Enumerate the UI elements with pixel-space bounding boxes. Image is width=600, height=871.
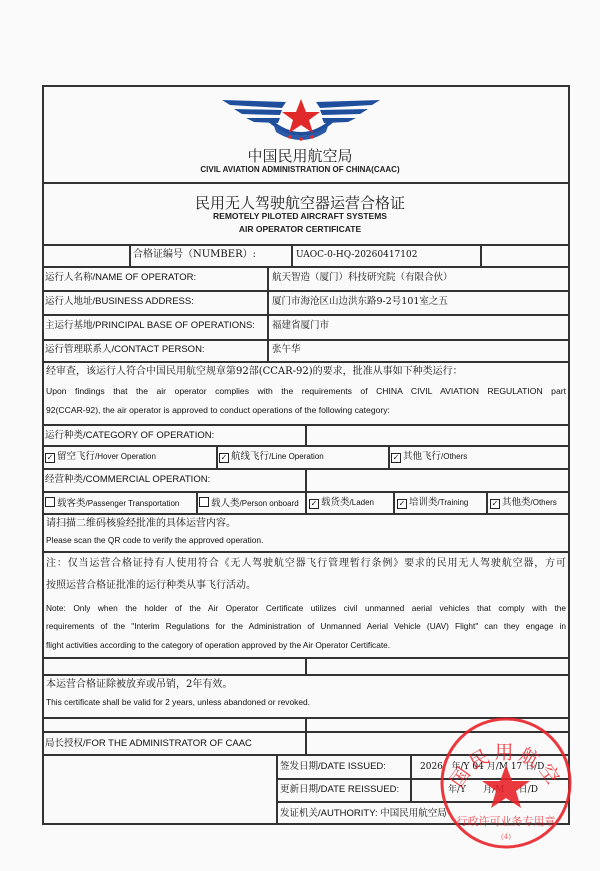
principal-base-value: 福建省厦门市 <box>272 320 329 331</box>
checkbox-checked-icon[interactable]: ✓ <box>309 499 319 509</box>
category-option-hover[interactable]: ✓留空飞行/Hover Operation <box>45 451 156 463</box>
divider <box>267 266 269 361</box>
operator-name-label: 运行人名称/NAME OF OPERATOR: <box>45 272 196 283</box>
authority-label: 发证机关/AUTHORITY: 中国民用航空局 <box>280 808 447 819</box>
administrator-label: 局长授权/FOR THE ADMINISTRATOR OF CAAC <box>45 738 252 749</box>
validity-en: This certificate shall be valid for 2 ye… <box>46 693 566 711</box>
divider <box>388 445 390 468</box>
findings-zh: 经审查，该运行人符合中国民用航空规章第92部(CCAR-92)的要求，批准从事如… <box>46 363 566 381</box>
svg-text:行政许可业务专用章: 行政许可业务专用章 <box>457 814 556 828</box>
authority-value: 中国民用航空局 <box>380 808 447 819</box>
divider <box>216 445 218 468</box>
commercial-option-others[interactable]: ✓其他类/Others <box>490 497 557 509</box>
category-option-line[interactable]: ✓航线飞行/Line Operation <box>219 451 324 463</box>
checkbox-unchecked-icon[interactable] <box>45 497 55 507</box>
checkbox-checked-icon[interactable]: ✓ <box>391 453 401 463</box>
divider <box>42 339 570 341</box>
divider <box>410 754 412 801</box>
qr-note-en: Please scan the QR code to verify the ap… <box>46 531 566 549</box>
findings-en-2: 92(CCAR-92), the air operator is approve… <box>46 401 566 419</box>
checkbox-checked-icon[interactable]: ✓ <box>490 499 500 509</box>
business-address-label: 运行人地址/BUSINESS ADDRESS: <box>45 296 194 307</box>
commercial-option-person-onboard[interactable]: 载人类/Person onboard <box>199 497 299 509</box>
divider <box>291 244 293 266</box>
operator-name-value: 航天智造（厦门）科技研究院（有限合伙） <box>272 272 453 283</box>
checkbox-checked-icon[interactable]: ✓ <box>397 499 407 509</box>
divider <box>129 244 131 266</box>
category-option-others[interactable]: ✓其他飞行/Others <box>391 451 467 463</box>
category-label: 运行种类/CATEGORY OF OPERATION: <box>45 430 214 441</box>
legal-note-zh-2: 按照运营合格证批准的运行种类从事飞行活动。 <box>46 577 566 595</box>
legal-note-en-1: Note: Only when the holder of the Air Op… <box>46 599 566 617</box>
commercial-label: 经营种类/COMMERCIAL OPERATION: <box>45 474 210 485</box>
legal-note-zh-1: 注：仅当运营合格证持有人使用符合《无人驾驶航空器飞行管理暂行条例》要求的民用无人… <box>46 555 566 573</box>
divider <box>42 445 570 447</box>
divider <box>42 314 570 316</box>
checkbox-unchecked-icon[interactable] <box>199 497 209 507</box>
business-address-value: 厦门市海沧区山边洪东路9-2号101室之五 <box>272 296 448 307</box>
divider <box>305 657 307 674</box>
contact-person-value: 张午华 <box>272 344 301 355</box>
divider <box>305 491 307 513</box>
checkbox-checked-icon[interactable]: ✓ <box>219 453 229 463</box>
principal-base-label: 主运行基地/PRINCIPAL BASE OF OPERATIONS: <box>45 320 255 331</box>
commercial-option-training[interactable]: ✓培训类/Training <box>397 497 468 509</box>
certificate-number-value: UAOC-0-HQ-20260417102 <box>296 250 417 261</box>
divider <box>42 290 570 292</box>
divider <box>305 717 307 754</box>
legal-note-en-2: requirements of the "Interim Regulations… <box>46 617 566 635</box>
divider <box>486 491 488 513</box>
divider <box>42 182 570 184</box>
contact-person-label: 运行管理联系人/CONTACT PERSON: <box>45 344 205 355</box>
divider <box>196 491 198 513</box>
divider <box>276 754 278 825</box>
divider <box>42 244 570 246</box>
date-issued-label: 签发日期/DATE ISSUED: <box>280 761 386 772</box>
certificate-number-label: 合格证编号（NUMBER）: <box>133 249 256 261</box>
commercial-option-laden[interactable]: ✓载货类/Laden <box>309 497 374 509</box>
official-seal-icon: 中国民用航空局 行政许可业务专用章 (4) <box>438 715 574 851</box>
findings-en-1: Upon findings that the air operator comp… <box>46 382 566 400</box>
divider <box>393 491 395 513</box>
divider <box>305 468 307 491</box>
svg-text:(4): (4) <box>501 833 511 841</box>
divider <box>480 244 482 266</box>
checkbox-checked-icon[interactable]: ✓ <box>45 453 55 463</box>
commercial-option-passenger[interactable]: 载客类/Passenger Transportation <box>45 497 179 509</box>
divider <box>305 424 307 445</box>
legal-note-en-3: flight activities according to the categ… <box>46 636 566 654</box>
validity-zh: 本运营合格证除被放弃或吊销，2年有效。 <box>46 676 566 694</box>
divider <box>42 551 570 553</box>
date-reissued-label: 更新日期/DATE REISSUED: <box>280 784 399 795</box>
divider <box>42 266 570 268</box>
